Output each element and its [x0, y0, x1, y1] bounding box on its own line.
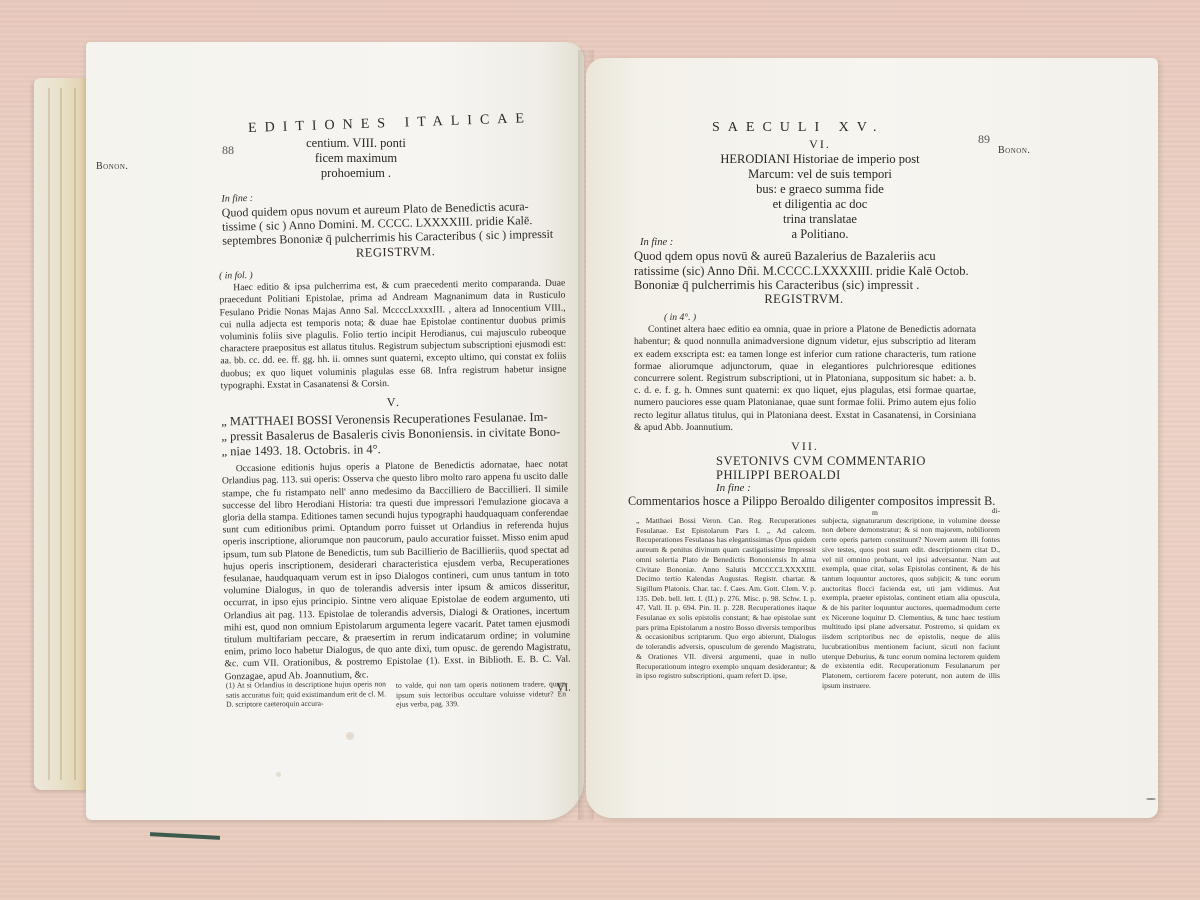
left-body-text: ( in fol. ) Haec editio & ipsa pulcherri…: [219, 266, 571, 699]
right-page-number: 89: [978, 132, 990, 147]
colophon-line: Bononiæ q̄ pulcherrimis his Caracteribus…: [634, 278, 974, 293]
title-line: prohoemium .: [296, 166, 416, 181]
left-colophon: In fine : Quod quidem opus novum et aure…: [221, 186, 568, 262]
title-line: SVETONIVS CVM COMMENTARIO: [716, 454, 976, 468]
colophon-line: ratissime (sic) Anno Dñi. M.CCCC.LXXXXII…: [634, 264, 974, 279]
title-line: HERODIANI Historiae de imperio post: [700, 152, 940, 167]
right-running-head: SAECULI XV.: [712, 120, 885, 136]
book-cover-edge: [34, 78, 94, 790]
title-line: trina translatae: [700, 212, 940, 227]
colophon-line: Quod qdem opus novū & aureū Bazalerius d…: [634, 249, 974, 264]
footnote-hyphen: di-: [822, 506, 1000, 516]
left-title-block: centium. VIII. ponti ficem maximum proho…: [296, 136, 416, 181]
registrum-heading: REGISTRVM.: [634, 293, 974, 305]
paragraph: Occasione editionis hujus operis a Plato…: [222, 459, 571, 683]
format-note: ( in 4°. ): [664, 312, 976, 324]
footnote: subjecta, signaturarum descriptione, in …: [822, 516, 1000, 691]
open-book: 88 Bonon. EDITIONES ITALICAE centium. VI…: [0, 0, 1200, 900]
footnote: to valde, qui non tam operis notionem tr…: [396, 679, 566, 710]
green-spine-bottom: [150, 832, 220, 840]
title-line: centium. VIII. ponti: [296, 136, 416, 151]
left-margin-note: Bonon.: [96, 161, 128, 172]
section-number: VI.: [700, 137, 940, 152]
left-page-number: 88: [222, 143, 234, 158]
right-colophon: In fine : Quod qdem opus novū & aureū Ba…: [634, 237, 974, 305]
footnote: „ Matthaei Bossi Veron. Can. Reg. Recupe…: [636, 516, 816, 681]
footnote: (1) At si Orlandius in descriptione huju…: [226, 679, 386, 710]
left-footnote-col-2: to valde, qui non tam operis notionem tr…: [396, 679, 566, 710]
right-margin-note: Bonon.: [998, 145, 1030, 156]
section-number: V.: [221, 394, 567, 411]
in-fine-label: In fine :: [716, 482, 976, 494]
title-line: ficem maximum: [296, 151, 416, 166]
title-line: bus: e graeco summa fide: [700, 182, 940, 197]
left-footnote-col-1: (1) At si Orlandius in descriptione huju…: [226, 679, 386, 710]
right-footnote-col-1: „ Matthaei Bossi Veron. Can. Reg. Recupe…: [636, 516, 816, 681]
title-line: Marcum: vel de suis tempori: [700, 167, 940, 182]
section-number: VII.: [634, 440, 976, 452]
right-footnote-col-2: di- subjecta, signaturarum descriptione,…: [822, 506, 1000, 690]
paragraph: Haec editio & ipsa pulcherrima est, & cu…: [219, 278, 566, 393]
right-title-block: VI. HERODIANI Historiae de imperio post …: [700, 137, 940, 242]
right-body-text: ( in 4°. ) Continet altera haec editio e…: [634, 312, 976, 518]
title-line: et diligentia ac doc: [700, 197, 940, 212]
title-line: PHILIPPI BEROALDI: [716, 468, 976, 482]
paragraph: Continet altera haec editio ea omnia, qu…: [634, 324, 976, 434]
in-fine-label: In fine :: [640, 237, 974, 249]
